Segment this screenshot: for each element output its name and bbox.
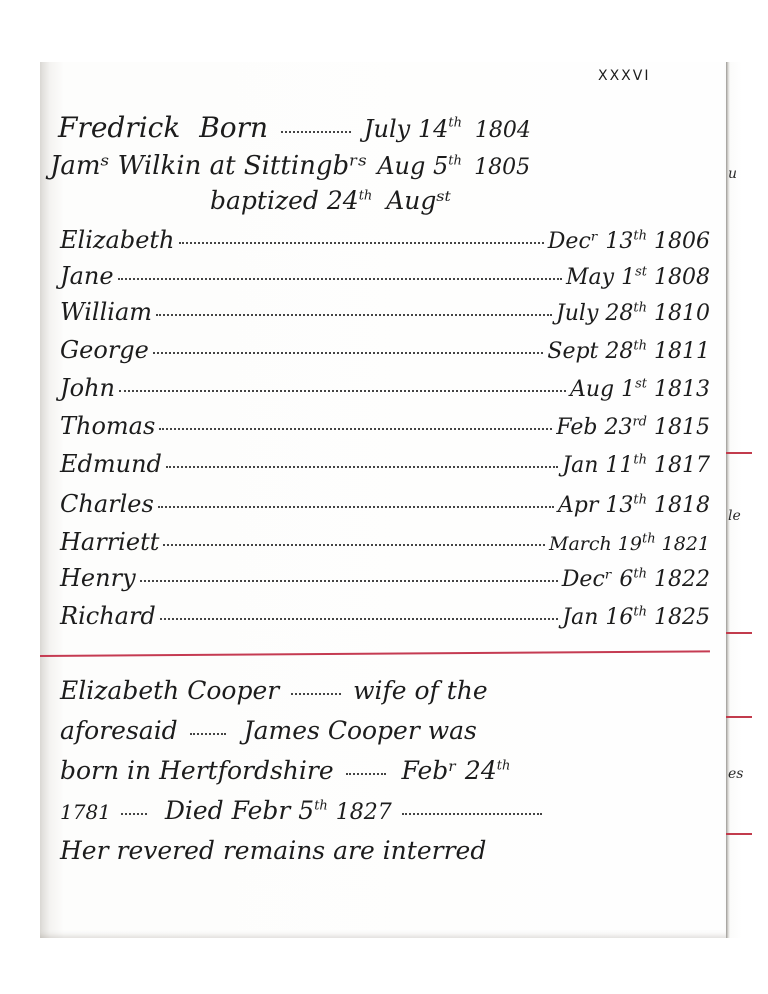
date-suffix: th bbox=[359, 189, 373, 204]
entry-date-month: July 14 bbox=[364, 115, 448, 143]
leader-dots bbox=[163, 544, 545, 546]
child-date: Decʳ 6th 1822 bbox=[562, 567, 710, 592]
child-name: Richard bbox=[60, 602, 156, 630]
margin-red-mark bbox=[726, 632, 752, 634]
child-date: May 1st 1808 bbox=[566, 265, 710, 290]
paragraph-line: Her revered remains are interred bbox=[60, 836, 486, 866]
child-name: Elizabeth bbox=[60, 226, 175, 254]
child-entry: Jane May 1st 1808 bbox=[60, 262, 710, 292]
date-suffix: th bbox=[448, 116, 462, 131]
child-entry: Harriett March 19th 1821 bbox=[60, 528, 710, 558]
leader-dots bbox=[119, 390, 566, 392]
paragraph-line: Elizabeth Cooper wife of the bbox=[60, 676, 488, 706]
leader-dots bbox=[166, 466, 558, 468]
margin-note: le bbox=[728, 508, 741, 524]
child-date: Sept 28th 1811 bbox=[547, 339, 710, 364]
entry-fredrick: Fredrick Born July 14th 1804 bbox=[58, 113, 531, 146]
child-entry: Henry Decʳ 6th 1822 bbox=[60, 564, 710, 594]
child-entry: Elizabeth Decʳ 13th 1806 bbox=[60, 226, 710, 256]
margin-red-mark bbox=[726, 716, 752, 718]
leader-dots bbox=[140, 580, 558, 582]
leader-dots bbox=[158, 506, 554, 508]
margin-note: es bbox=[728, 766, 743, 782]
child-entry: William July 28th 1810 bbox=[60, 298, 710, 328]
leader-dots bbox=[346, 773, 386, 775]
child-entry: Thomas Feb 23rd 1815 bbox=[60, 412, 710, 442]
margin-note: u bbox=[728, 166, 737, 182]
entry-date-month: Aug 5 bbox=[377, 152, 448, 180]
child-name: Harriett bbox=[60, 528, 159, 556]
leader-dots bbox=[291, 693, 341, 695]
page-edge bbox=[726, 62, 742, 938]
child-date: Jan 16th 1825 bbox=[562, 605, 710, 630]
child-entry: George Sept 28th 1811 bbox=[60, 336, 710, 366]
child-name: Edmund bbox=[60, 450, 162, 478]
child-entry: Richard Jan 16th 1825 bbox=[60, 602, 710, 632]
leader-dots bbox=[159, 428, 552, 430]
child-date: July 28th 1810 bbox=[556, 301, 710, 326]
child-name: Henry bbox=[60, 564, 136, 592]
child-entry: Charles Apr 13th 1818 bbox=[60, 490, 710, 520]
margin-red-mark bbox=[726, 833, 752, 835]
leader-dots bbox=[160, 618, 559, 620]
leader-dots bbox=[190, 733, 226, 735]
entry-wilkin: Jamˢ Wilkin at Sittingbʳˢ Aug 5th 1805 bbox=[50, 151, 530, 183]
entry-word: Born bbox=[199, 111, 268, 144]
child-date: Apr 13th 1818 bbox=[558, 493, 710, 518]
leader-dots bbox=[179, 242, 544, 244]
child-entry: Edmund Jan 11th 1817 bbox=[60, 450, 710, 480]
child-name: Thomas bbox=[60, 412, 155, 440]
entry-date-year: 1805 bbox=[474, 155, 530, 180]
child-date: Aug 1st 1813 bbox=[570, 377, 710, 402]
child-date: Decʳ 13th 1806 bbox=[548, 229, 710, 254]
child-entry: John Aug 1st 1813 bbox=[60, 374, 710, 404]
paragraph-line: 1781 Died Febr 5th 1827 bbox=[60, 796, 542, 828]
leader-dots bbox=[281, 131, 351, 133]
child-name: George bbox=[60, 336, 149, 364]
baptized-text: baptized 24 bbox=[210, 186, 359, 215]
margin-red-mark bbox=[726, 452, 752, 454]
baptized-month: Augˢᵗ bbox=[386, 186, 451, 215]
leader-dots bbox=[402, 813, 542, 815]
paragraph-line: born in Hertfordshire Febʳ 24th bbox=[60, 756, 510, 786]
entry-baptized: baptized 24th Augˢᵗ bbox=[210, 186, 451, 216]
date-suffix: th bbox=[448, 153, 462, 168]
child-date: Jan 11th 1817 bbox=[562, 453, 710, 478]
entry-text: Jamˢ Wilkin at Sittingbʳˢ bbox=[50, 151, 367, 181]
paragraph-line: aforesaid James Cooper was bbox=[60, 716, 477, 746]
leader-dots bbox=[153, 352, 544, 354]
leader-dots bbox=[118, 278, 562, 280]
child-name: John bbox=[60, 374, 115, 402]
child-name: William bbox=[60, 298, 152, 326]
child-date: March 19th 1821 bbox=[549, 533, 710, 555]
child-name: Jane bbox=[60, 262, 114, 290]
leader-dots bbox=[156, 314, 552, 316]
leader-dots bbox=[121, 813, 147, 815]
child-date: Feb 23rd 1815 bbox=[556, 415, 710, 440]
entry-date-year: 1804 bbox=[475, 118, 531, 143]
folio-number: XXXVI bbox=[598, 68, 650, 84]
entry-name: Fredrick bbox=[58, 111, 180, 144]
child-name: Charles bbox=[60, 490, 154, 518]
